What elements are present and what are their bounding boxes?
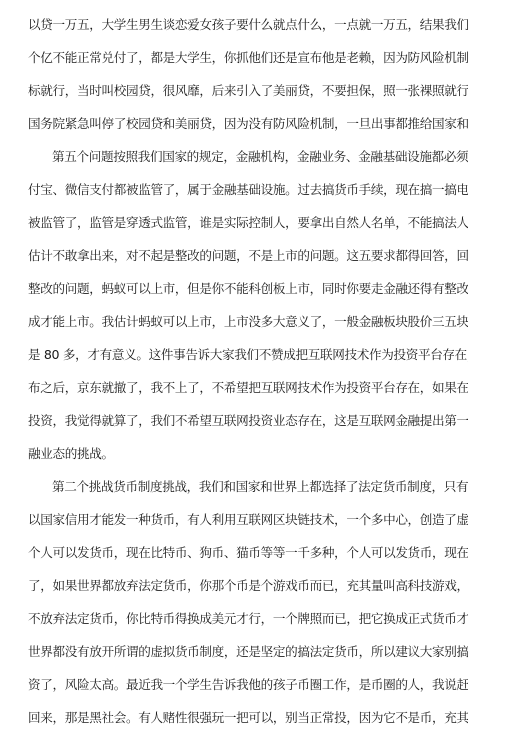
- text-line: 标就行，当时叫校园贷，很风靡，后来引入了美丽贷，不要担保，照一张裸照就行了，所以: [28, 74, 468, 107]
- text-line: 被监管了，监管是穿透式监管，谁是实际控制人，要拿出自然人名单，不能搞法人名单，我: [28, 206, 468, 239]
- text-line: 布之后，京东就撤了，我不上了，不希望把互联网技术作为投资平台存在，如果在座的还想: [28, 371, 468, 404]
- text-line: 资了，风险太高。最近我一个学生告诉我他的孩子币圈工作，是币圈的人，我说赶快让孩子: [28, 668, 468, 701]
- document-page: 以贷一万五，大学生男生谈恋爱女孩子要什么就点什么，一点就一万五，结果我们发现六百…: [28, 8, 468, 734]
- text-line: 以贷一万五，大学生男生谈恋爱女孩子要什么就点什么，一点就一万五，结果我们发现六百: [28, 8, 468, 41]
- text-line: 估计不敢拿出来，对不起是整改的问题，不是上市的问题。这五要求都得回答，回答不清楚: [28, 239, 468, 272]
- text-line: 付宝、微信支付都被监管了，属于金融基础设施。过去搞货币手续，现在搞一搞电话就来了…: [28, 173, 468, 206]
- text-line: 回来，那是黑社会。有人赌性很强玩一把可以，别当正常投，因为它不是币，充其量是高科: [28, 701, 468, 734]
- text-line: 国务院紧急叫停了校园贷和美丽贷，因为没有防风险机制，一旦出事都推给国家和社会了。: [28, 107, 468, 140]
- text-line: 个亿不能正常兑付了，都是大学生，你抓他们还是宣布他是老赖，因为防风险机制，一点鼠: [28, 41, 468, 74]
- text-line: 以国家信用才能发一种货币，有人利用互联网区块链技术，一个多中心，创造了虚拟货币，: [28, 503, 468, 536]
- text-line: 成才能上市。我估计蚂蚁可以上市，上市没多大意义了，一般金融板块股价三五块钱，科创: [28, 305, 468, 338]
- text-line: 是 80 多，才有意义。这件事告诉大家我们不赞成把互联网技术作为投资平台存在，后…: [28, 338, 468, 371]
- paragraph-start-line: 第五个问题按照我们国家的规定，金融机构，金融业务、金融基础设施都必须监管，支: [28, 140, 468, 173]
- text-line: 不放弃法定货币，你比特币得换成美元才行，一个牌照而已，把它换成正式货币才能用，全: [28, 602, 468, 635]
- text-line: 个人可以发货币，现在比特币、狗币、猫币等等一千多种，个人可以发货币，现在就有问题: [28, 536, 468, 569]
- text-line: 了，如果世界都放弃法定货币，你那个币是个游戏币而已，充其量叫高科技游戏，美国现在: [28, 569, 468, 602]
- text-line: 投资，我觉得就算了，我们不希望互联网投资业态存在，这是互联网金融提出第一个问题金: [28, 404, 468, 437]
- text-line: 世界都没有放开所谓的虚拟货币制度，还是坚定的搞法定货币，所以建议大家别搞这方面投: [28, 635, 468, 668]
- text-line: 融业态的挑战。: [28, 437, 468, 470]
- paragraph-start-line: 第二个挑战货币制度挑战，我们和国家和世界上都选择了法定货币制度，只有主权国家: [28, 470, 468, 503]
- text-line: 整改的问题，蚂蚁可以上市，但是你不能科创板上市，同时你要走金融还得有整改，你得完: [28, 272, 468, 305]
